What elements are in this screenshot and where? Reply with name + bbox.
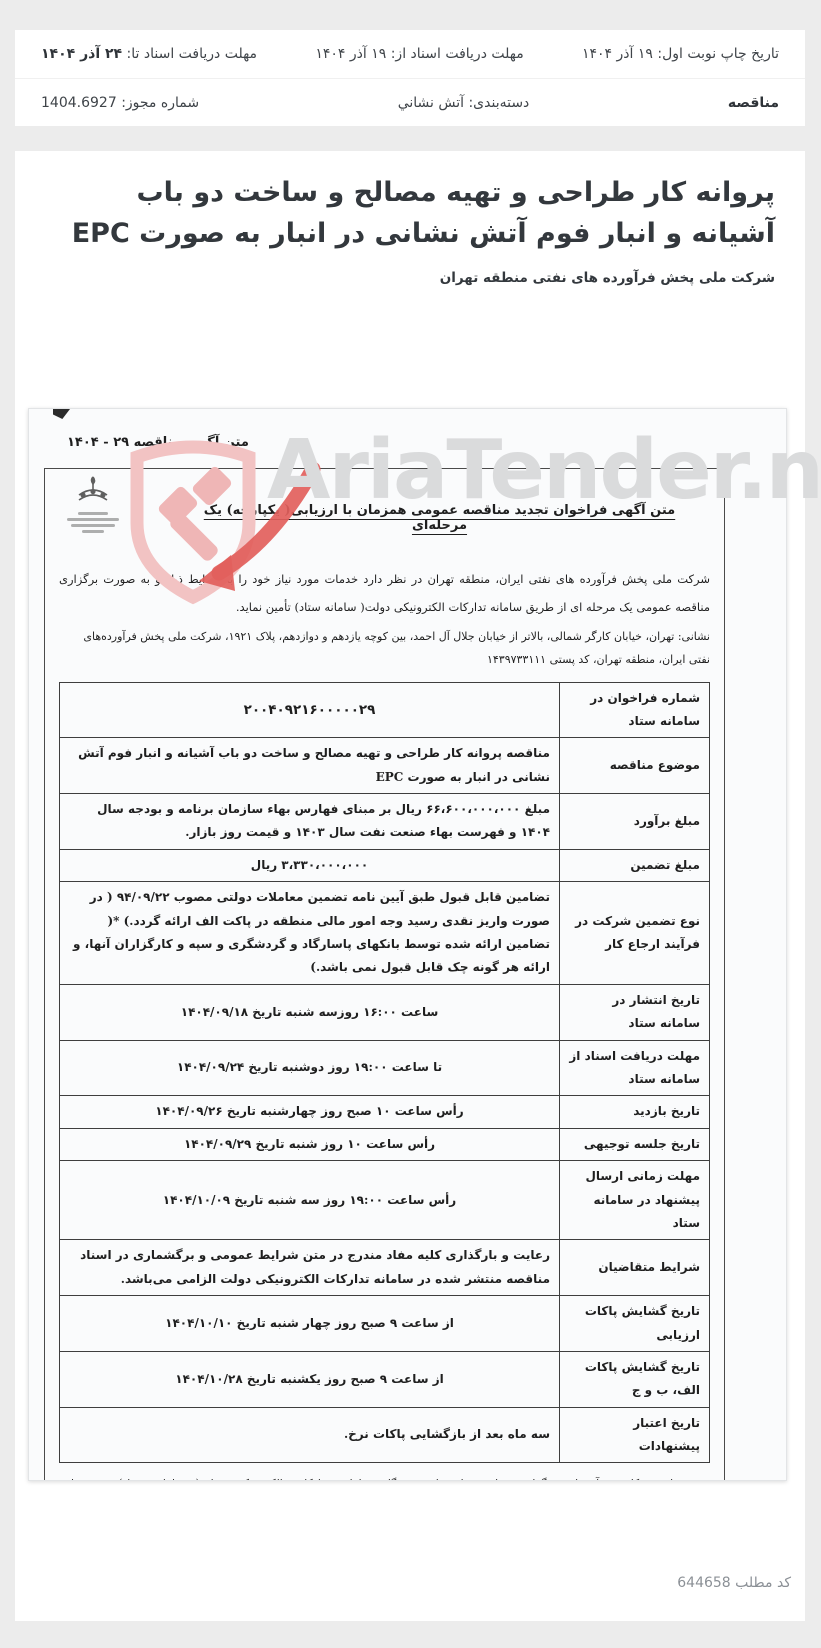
- row-value: از ساعت ۹ صبح روز چهار شنبه تاریخ ۱۴۰۴/۱…: [60, 1296, 560, 1352]
- main-content: پروانه کار طراحی و تهیه مصالح و ساخت دو …: [15, 151, 805, 1621]
- category-label: دسته‌بندی:: [468, 95, 529, 111]
- row-label: تاریخ جلسه توجیهی: [560, 1128, 710, 1160]
- print-date: تاریخ چاپ نوبت اول: ۱۹ آذر ۱۴۰۴: [582, 46, 779, 62]
- docs-until-value: ۲۴ آذر ۱۴۰۴: [41, 46, 122, 62]
- table-row: شماره فراخوان در سامانه ستاد۲۰۰۴۰۹۲۱۶۰۰۰…: [60, 682, 710, 738]
- post-code: کد مطلب 644658: [677, 1575, 791, 1591]
- row-value: تا ساعت ۱۹:۰۰ روز دوشنبه تاریخ ۱۴۰۴/۰۹/۲…: [60, 1040, 560, 1096]
- table-row: نوع تضمین شرکت در فرآیند ارجاع کارتضامین…: [60, 882, 710, 985]
- meta-row-category: مناقصه دسته‌بندی: آتش نشاني شماره مجوز: …: [15, 78, 805, 126]
- table-row: موضوع مناقصهمناقصه پروانه کار طراحی و ته…: [60, 738, 710, 794]
- docs-until-date: مهلت دریافت اسناد تا: ۲۴ آذر ۱۴۰۴: [41, 46, 257, 62]
- row-label: شماره فراخوان در سامانه ستاد: [560, 682, 710, 738]
- print-date-value: ۱۹ آذر ۱۴۰۴: [582, 46, 653, 62]
- table-row: تاریخ بازدیدرأس ساعت ۱۰ صبح روز چهارشنبه…: [60, 1096, 710, 1128]
- row-value: تضامین قابل قبول طبق آیین نامه تضمین معا…: [60, 882, 560, 985]
- table-row: مهلت دریافت اسناد از سامانه ستادتا ساعت …: [60, 1040, 710, 1096]
- row-value: رأس ساعت ۱۰ روز شنبه تاریخ ۱۴۰۴/۰۹/۲۹: [60, 1128, 560, 1160]
- row-label: تاریخ انتشار در سامانه ستاد: [560, 984, 710, 1040]
- category-value: آتش نشاني: [398, 95, 464, 111]
- row-label: مبلغ برآورد: [560, 794, 710, 850]
- scan-corner-artifact: [53, 409, 70, 419]
- row-label: تاریخ گشایش پاکات ارزیابی: [560, 1296, 710, 1352]
- license-number: شماره مجوز: 1404.6927: [41, 95, 199, 111]
- emblem-caption-line: [67, 518, 119, 521]
- row-label: تاریخ اعتبار پیشنهادات: [560, 1407, 710, 1463]
- nioc-emblem-icon: [73, 475, 113, 509]
- notice-type-label: مناقصه: [728, 95, 779, 111]
- row-value: ۳،۳۳۰،۰۰۰،۰۰۰ ریال: [60, 849, 560, 881]
- nioc-emblem: [55, 475, 131, 533]
- docs-from-date: مهلت دریافت اسناد از: ۱۹ آذر ۱۴۰۴: [315, 46, 523, 62]
- page-title: پروانه کار طراحی و تهیه مصالح و ساخت دو …: [45, 173, 775, 254]
- row-value: رأس ساعت ۱۰ صبح روز چهارشنبه تاریخ ۱۴۰۴/…: [60, 1096, 560, 1128]
- row-label: شرایط متقاضیان: [560, 1240, 710, 1296]
- company-address: نشانی: تهران، خیابان کارگر شمالی، بالاتر…: [59, 625, 710, 671]
- table-row: تاریخ اعتبار پیشنهاداتسه ماه بعد از بازگ…: [60, 1407, 710, 1463]
- row-value: ۲۰۰۴۰۹۲۱۶۰۰۰۰۰۲۹: [60, 682, 560, 738]
- table-row: مهلت زمانی ارسال پیشنهاد در سامانه ستادر…: [60, 1161, 710, 1240]
- table-row: تاریخ گشایش پاکات ارزیابیاز ساعت ۹ صبح ر…: [60, 1296, 710, 1352]
- print-date-label: تاریخ چاپ نوبت اول:: [657, 46, 779, 62]
- emblem-caption-line: [82, 530, 104, 533]
- category: دسته‌بندی: آتش نشاني: [398, 95, 530, 111]
- table-row: تاریخ جلسه توجیهیرأس ساعت ۱۰ روز شنبه تا…: [60, 1128, 710, 1160]
- scanned-document: متن آگهی مناقصه ۲۹ - ۱۴۰۴: [28, 408, 787, 1481]
- table-row: مبلغ تضمین۳،۳۳۰،۰۰۰،۰۰۰ ریال: [60, 849, 710, 881]
- row-value: رعایت و بارگذاری کلیه مفاد مندرج در متن …: [60, 1240, 560, 1296]
- row-value: مبلغ ۶۶،۶۰۰،۰۰۰،۰۰۰ ریال بر مبنای فهارس …: [60, 794, 560, 850]
- emblem-caption-line: [71, 524, 115, 527]
- post-code-value: 644658: [677, 1575, 730, 1591]
- document-heading: متن آگهی مناقصه ۲۹ - ۱۴۰۴: [29, 435, 786, 450]
- table-row: مبلغ برآوردمبلغ ۶۶،۶۰۰،۰۰۰،۰۰۰ ریال بر م…: [60, 794, 710, 850]
- table-row: تاریخ انتشار در سامانه ستادساعت ۱۶:۰۰ رو…: [60, 984, 710, 1040]
- post-code-label: کد مطلب: [735, 1575, 791, 1591]
- tender-details-table: شماره فراخوان در سامانه ستاد۲۰۰۴۰۹۲۱۶۰۰۰…: [59, 682, 710, 1464]
- row-label: مهلت دریافت اسناد از سامانه ستاد: [560, 1040, 710, 1096]
- license-label: شماره مجوز:: [121, 95, 199, 111]
- tender-notice-box: متن آگهی فراخوان تجدید مناقصه عمومی همزم…: [44, 468, 725, 1481]
- row-label: مبلغ تضمین: [560, 849, 710, 881]
- row-label: تاریخ بازدید: [560, 1096, 710, 1128]
- meta-bar: تاریخ چاپ نوبت اول: ۱۹ آذر ۱۴۰۴ مهلت دری…: [15, 30, 805, 126]
- closing-paragraph: بدیهی است کلیه فرآیندهای برگزاری مناقصه …: [59, 1471, 710, 1481]
- docs-from-value: ۱۹ آذر ۱۴۰۴: [315, 46, 386, 62]
- company-name: شرکت ملی پخش فرآورده های نفتی منطقه تهرا…: [45, 270, 775, 286]
- docs-from-label: مهلت دریافت اسناد از:: [391, 46, 524, 62]
- notice-intro: شرکت ملی پخش فرآورده های نفتی ایران، منط…: [59, 565, 710, 621]
- row-label: تاریخ گشایش پاکات الف، ب و ج: [560, 1351, 710, 1407]
- table-row: تاریخ گشایش پاکات الف، ب و جاز ساعت ۹ صب…: [60, 1351, 710, 1407]
- docs-until-label: مهلت دریافت اسناد تا:: [127, 46, 258, 62]
- row-label: مهلت زمانی ارسال پیشنهاد در سامانه ستاد: [560, 1161, 710, 1240]
- notice-title: متن آگهی فراخوان تجدید مناقصه عمومی همزم…: [179, 503, 700, 533]
- license-value: 1404.6927: [41, 95, 117, 111]
- closing-text-pre: بدیهی است کلیه فرآیندهای برگزاری مناقصه …: [59, 1477, 710, 1481]
- row-label: نوع تضمین شرکت در فرآیند ارجاع کار: [560, 882, 710, 985]
- table-row: شرایط متقاضیانرعایت و بارگذاری کلیه مفاد…: [60, 1240, 710, 1296]
- row-label: موضوع مناقصه: [560, 738, 710, 794]
- row-value: از ساعت ۹ صبح روز یکشنبه تاریخ ۱۴۰۴/۱۰/۲…: [60, 1351, 560, 1407]
- row-value: ساعت ۱۶:۰۰ روزسه شنبه تاریخ ۱۴۰۴/۰۹/۱۸: [60, 984, 560, 1040]
- row-value: رأس ساعت ۱۹:۰۰ روز سه شنبه تاریخ ۱۴۰۴/۱۰…: [60, 1161, 560, 1240]
- row-value: مناقصه پروانه کار طراحی و تهیه مصالح و س…: [60, 738, 560, 794]
- emblem-caption-line: [78, 512, 108, 515]
- notice-type: مناقصه: [728, 95, 779, 111]
- document-heading-text: متن آگهی مناقصه ۲۹ - ۱۴۰۴: [67, 435, 249, 450]
- row-value: سه ماه بعد از بازگشایی پاکات نرخ.: [60, 1407, 560, 1463]
- meta-row-dates: تاریخ چاپ نوبت اول: ۱۹ آذر ۱۴۰۴ مهلت دری…: [15, 30, 805, 78]
